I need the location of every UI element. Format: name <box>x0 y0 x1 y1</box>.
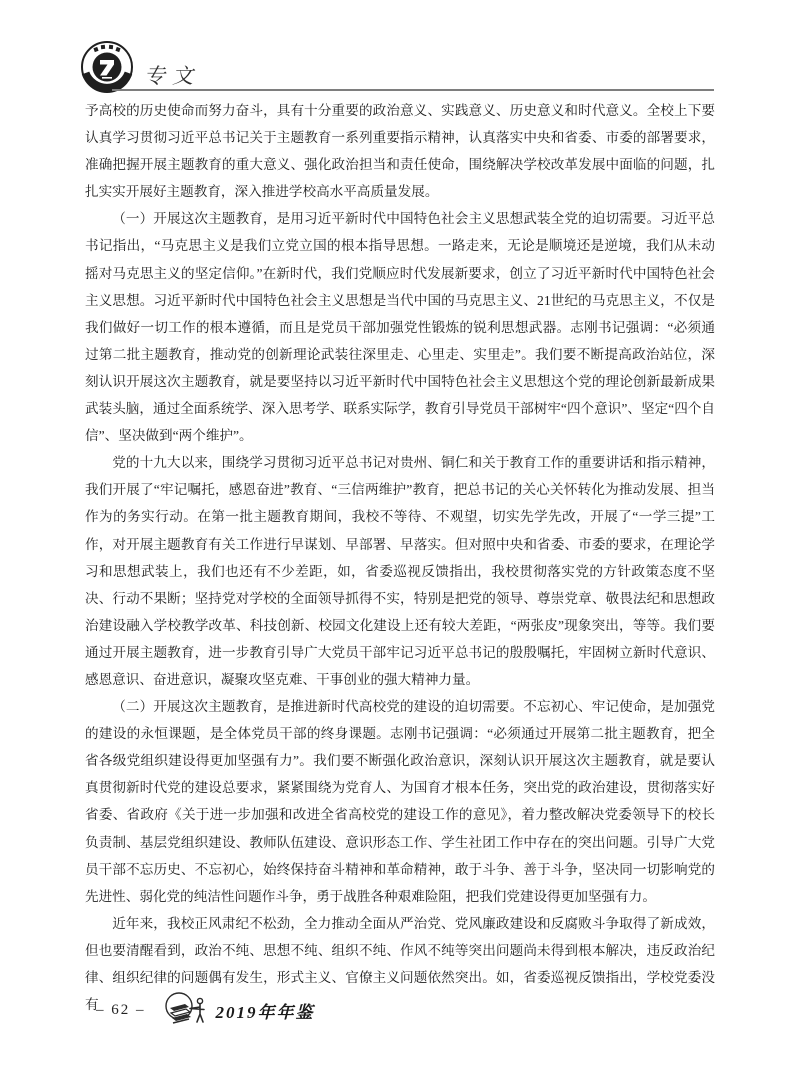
paragraph-4: （二）开展这次主题教育，是推进新时代高校党的建设的迫切需要。不忘初心、牢记使命，… <box>85 693 715 910</box>
yearbook-title: 2019年年鉴 <box>216 998 315 1023</box>
page-footer: – 62 – 2019年年鉴 <box>96 990 315 1030</box>
page-number: – 62 – <box>96 1002 146 1019</box>
header-rule <box>112 89 714 91</box>
paragraph-1: 予高校的历史使命而努力奋斗，具有十分重要的政治意义、实践意义、历史意义和时代意义… <box>85 97 715 205</box>
paragraph-2: （一）开展这次主题教育，是用习近平新时代中国特色社会主义思想武装全党的迫切需要。… <box>85 205 715 449</box>
yearbook-emblem-icon <box>162 991 208 1029</box>
paragraph-3: 党的十九大以来，围绕学习贯彻习近平总书记对贵州、铜仁和关于教育工作的重要讲话和指… <box>85 449 715 693</box>
document-text: 予高校的历史使命而努力奋斗，具有十分重要的政治意义、实践意义、历史意义和时代意义… <box>85 97 715 1018</box>
section-label: 专文 <box>144 60 200 90</box>
document-page: 专文 予高校的历史使命而努力奋斗，具有十分重要的政治意义、实践意义、历史意义和时… <box>0 0 793 1077</box>
university-seal-icon <box>80 40 134 94</box>
